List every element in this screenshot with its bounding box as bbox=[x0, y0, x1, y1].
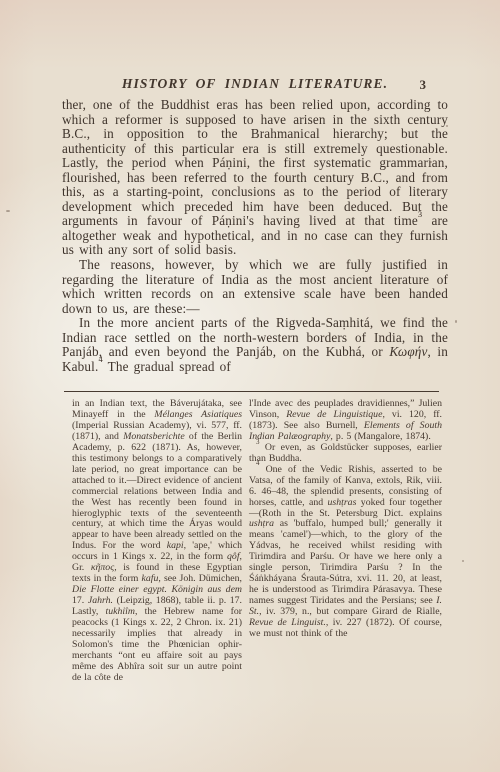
paper-speck bbox=[6, 210, 10, 212]
footnote-column-right: l'Inde avec des peuplades dravidiennes,”… bbox=[249, 399, 442, 684]
body-paragraph: In the more ancient parts of the Rigveda… bbox=[62, 316, 448, 374]
paper-speck bbox=[446, 125, 448, 127]
paper-speck bbox=[455, 320, 457, 323]
footnotes: in an Indian text, the Báverujátaka, see… bbox=[72, 399, 442, 684]
footnote-paragraph: 4 One of the Vedic Rishis, asserted to b… bbox=[249, 465, 442, 640]
main-text: ther, one of the Buddhist eras has been … bbox=[62, 98, 448, 374]
footnote-paragraph: l'Inde avec des peuplades dravidiennes,”… bbox=[249, 399, 442, 443]
footnote-column-left: in an Indian text, the Báverujátaka, see… bbox=[72, 399, 242, 684]
running-header: HISTORY OF INDIAN LITERATURE. bbox=[62, 76, 448, 92]
body-paragraph: The reasons, however, by which we are fu… bbox=[62, 258, 448, 316]
page-header: HISTORY OF INDIAN LITERATURE. 3 bbox=[62, 76, 448, 94]
paper-speck bbox=[430, 161, 432, 163]
page-number: 3 bbox=[420, 77, 427, 93]
footnote-paragraph: in an Indian text, the Báverujátaka, see… bbox=[72, 399, 242, 684]
paper-speck bbox=[462, 560, 464, 562]
body-paragraph: ther, one of the Buddhist eras has been … bbox=[62, 98, 448, 258]
footnote-paragraph: 3 Or even, as Goldstücker supposes, earl… bbox=[249, 443, 442, 465]
footnote-separator bbox=[64, 391, 439, 392]
book-page: HISTORY OF INDIAN LITERATURE. 3 ther, on… bbox=[0, 0, 500, 772]
